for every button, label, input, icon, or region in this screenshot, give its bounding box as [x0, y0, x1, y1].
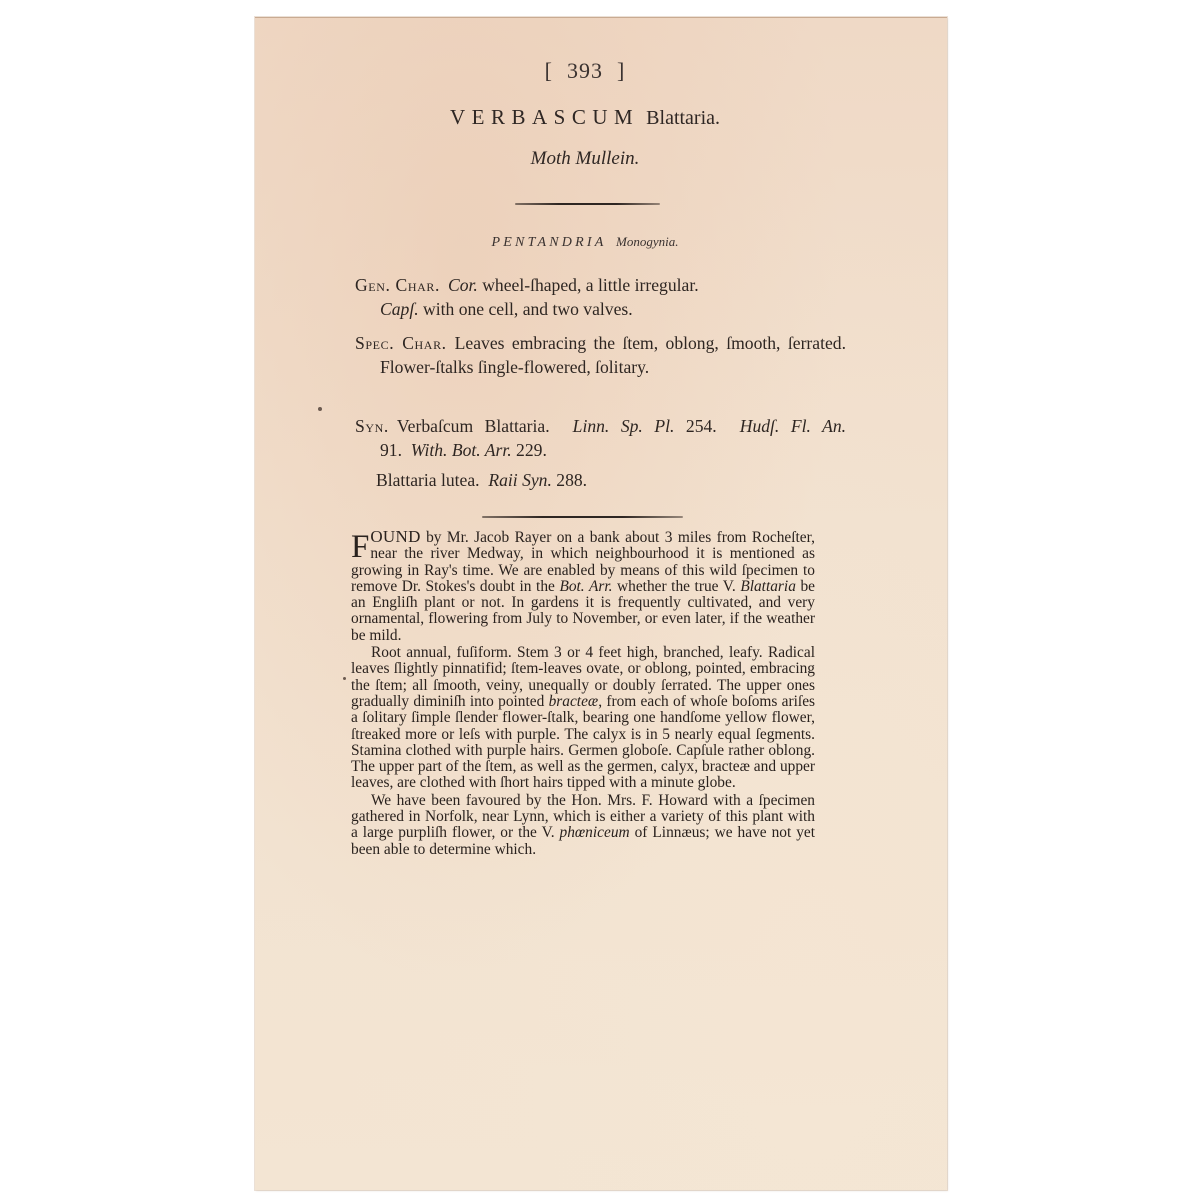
- paragraph-description-italic-a: bracteæ: [549, 693, 599, 710]
- genus-name: VERBASCUM: [450, 105, 639, 129]
- page-number-close-bracket: ]: [617, 58, 625, 83]
- linnaean-classification: PENTANDRIA Monogynia.: [255, 234, 915, 251]
- lead-word: OUND: [370, 527, 420, 546]
- specific-character: Spec. Char.Leaves embracing the ſtem, ob…: [355, 332, 846, 379]
- synonym-ray-name: Blattaria lutea.: [376, 470, 480, 490]
- document-page: [393] VERBASCUM Blattaria. Moth Mullein.…: [255, 17, 947, 1190]
- species-name: Blattaria.: [646, 107, 720, 129]
- margin-dot: [318, 407, 322, 411]
- paragraph-found: FOUND by Mr. Jacob Rayer on a bank about…: [351, 529, 815, 644]
- synonyms-label: Syn.: [355, 416, 389, 436]
- synonym-ray-ref: Raii Syn.: [488, 470, 552, 490]
- page-number: [393]: [255, 58, 915, 84]
- order-name: Monogynia.: [616, 234, 678, 249]
- specific-character-text: Leaves embracing the ſtem, oblong, ſmoot…: [380, 333, 846, 377]
- generic-character-text1: wheel-ſhaped, a little irregular.: [478, 275, 699, 295]
- common-name: Moth Mullein.: [255, 148, 915, 170]
- margin-dot-lower: [343, 677, 346, 680]
- paragraph-howard: We have been favoured by the Hon. Mrs. F…: [351, 793, 815, 858]
- synonym-ref-withering: With. Bot. Arr.: [411, 440, 512, 460]
- drop-cap: F: [351, 536, 369, 558]
- generic-character-caps: Capſ.: [380, 299, 419, 319]
- generic-character: Gen. Char.Cor. wheel-ſhaped, a little ir…: [355, 274, 821, 321]
- synonym-name: Verbaſcum Blattaria.: [397, 416, 550, 436]
- specific-character-label: Spec. Char.: [355, 333, 447, 353]
- generic-character-label: Gen. Char.: [355, 275, 440, 295]
- divider-rule-bottom: [482, 516, 683, 518]
- class-name: PENTANDRIA: [492, 235, 607, 250]
- synonym-ray-page: 288.: [552, 470, 587, 490]
- divider-rule-top: [515, 203, 660, 205]
- synonym-ref-hudson: Hudſ. Fl. An.: [740, 416, 846, 436]
- paragraph-found-text-b: whether the true V.: [612, 578, 740, 595]
- page-number-open-bracket: [: [545, 58, 553, 83]
- generic-character-text2: with one cell, and two valves.: [419, 299, 633, 319]
- synonym-ref-linnaeus: Linn. Sp. Pl.: [573, 416, 675, 436]
- description-body: FOUND by Mr. Jacob Rayer on a bank about…: [351, 529, 815, 859]
- generic-character-cor: Cor.: [448, 275, 478, 295]
- plant-title: VERBASCUM Blattaria.: [255, 105, 915, 130]
- synonym-ref-withering-page: 229.: [512, 440, 547, 460]
- synonym-ref-linnaeus-page: 254.: [674, 416, 716, 436]
- synonyms: Syn.Verbaſcum Blattaria. Linn. Sp. Pl. 2…: [355, 415, 846, 462]
- paragraph-found-italic-a: Bot. Arr.: [559, 578, 612, 595]
- paragraph-description: Root annual, fuſiform. Stem 3 or 4 feet …: [351, 645, 815, 792]
- synonym-ray: Blattaria lutea. Raii Syn. 288.: [376, 469, 842, 493]
- synonym-ref-hudson-page: 91.: [380, 440, 402, 460]
- page-number-value: 393: [567, 58, 603, 83]
- generic-character-line2: Capſ. with one cell, and two valves.: [355, 298, 821, 322]
- paragraph-howard-italic-a: phœniceum: [560, 824, 630, 841]
- paragraph-found-italic-b: Blattaria: [740, 578, 796, 595]
